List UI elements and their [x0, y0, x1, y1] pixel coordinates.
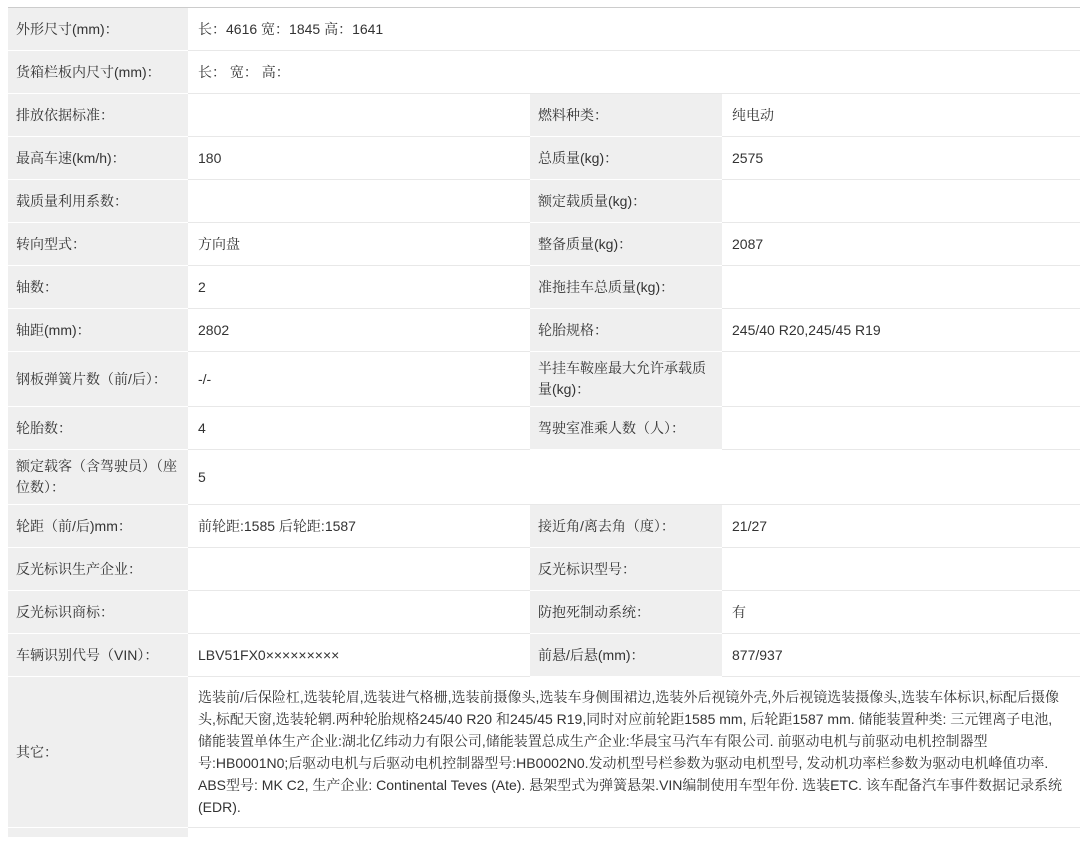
spec-label-cell: 反光标识商标： [8, 591, 188, 634]
spec-value-text: 2575 [732, 148, 763, 169]
spec-value-cell [722, 548, 1080, 591]
spec-label-cell: 防抱死制动系统： [530, 591, 722, 634]
spec-label-cell: 轮胎规格： [530, 309, 722, 352]
spec-row: 最高车速(km/h)：180总质量(kg)：2575 [8, 137, 1080, 180]
spec-value-text: 2802 [198, 320, 229, 341]
spec-value-text: LBV51FX0××××××××× [198, 645, 339, 666]
spec-label-cell: 准拖挂车总质量(kg)： [530, 266, 722, 309]
spec-row: 货箱栏板内尺寸(mm)：长： 宽： 高： [8, 51, 1080, 94]
spec-row: 载质量利用系数：额定载质量(kg)： [8, 180, 1080, 223]
spec-value-cell: 前轮距:1585 后轮距:1587 [188, 505, 530, 548]
spec-value-cell: -/- [188, 352, 530, 407]
spec-label-cell: 额定载客（含驾驶员）（座位数）： [8, 450, 188, 505]
spec-value-text: 前轮距:1585 后轮距:1587 [198, 516, 356, 537]
spec-label-cell: 钢板弹簧片数（前/后）： [8, 352, 188, 407]
spec-value-cell: 方向盘 [188, 223, 530, 266]
spec-value-cell [188, 591, 530, 634]
spec-label-text: 最高车速(km/h)： [16, 148, 126, 169]
spec-label-cell: 总质量(kg)： [530, 137, 722, 180]
spec-label-text: 接近角/离去角（度）： [538, 516, 675, 537]
spec-value-text: 方向盘 [198, 234, 240, 255]
spec-label-text: 轮胎数： [16, 418, 72, 439]
spec-label-text: 载质量利用系数： [16, 191, 128, 212]
spec-row: 额定载客（含驾驶员）（座位数）：5 [8, 450, 1080, 505]
spec-label-cell: 其它： [8, 677, 188, 828]
spec-value-cell: 5 [188, 450, 1080, 505]
spec-value-cell [722, 352, 1080, 407]
spec-value-text: 纯电动 [732, 105, 774, 126]
spec-value-text: -/- [198, 369, 211, 390]
spec-value-cell: 2087 [722, 223, 1080, 266]
spec-value-text: 180 [198, 148, 221, 169]
spec-value-text: 长：4616 宽：1845 高：1641 [198, 19, 383, 40]
spec-row: 反光标识商标：防抱死制动系统：有 [8, 591, 1080, 634]
spec-label-cell: 接近角/离去角（度）： [530, 505, 722, 548]
spec-label-cell: 反光标识型号： [530, 548, 722, 591]
spec-value-cell: 有 [722, 591, 1080, 634]
spec-label-text: 准拖挂车总质量(kg)： [538, 277, 674, 298]
spec-value-cell [722, 180, 1080, 223]
spec-row: 其它：选装前/后保险杠,选装轮眉,选装进气格栅,选装前摄像头,选装车身侧围裙边,… [8, 677, 1080, 828]
spec-row: 外形尺寸(mm)：长：4616 宽：1845 高：1641 [8, 8, 1080, 51]
spec-label-cell: 转向型式： [8, 223, 188, 266]
spec-label-cell: 车辆识别代号（VIN）： [8, 634, 188, 677]
spec-label-cell: 半挂车鞍座最大允许承载质量(kg)： [530, 352, 722, 407]
spec-label-text: 外形尺寸(mm)： [16, 19, 119, 40]
spec-label-text: 轴数： [16, 277, 58, 298]
spec-value-text: 21/27 [732, 516, 767, 537]
spec-label-text: 轮距（前/后)mm： [16, 516, 132, 537]
spec-value-cell [188, 548, 530, 591]
spec-label-text: 驾驶室准乘人数（人）： [538, 418, 685, 439]
spec-label-text: 车辆识别代号（VIN）： [16, 645, 158, 666]
spec-label-cell [8, 828, 188, 837]
spec-value-cell [722, 266, 1080, 309]
spec-label-cell: 燃料种类： [530, 94, 722, 137]
spec-value-cell: 2 [188, 266, 530, 309]
spec-label-cell: 外形尺寸(mm)： [8, 8, 188, 51]
spec-value-text: 2 [198, 277, 206, 298]
spec-value-cell [188, 94, 530, 137]
spec-value-cell [722, 407, 1080, 450]
spec-label-text: 额定载质量(kg)： [538, 191, 646, 212]
spec-value-text: 有 [732, 602, 746, 623]
spec-value-cell: 纯电动 [722, 94, 1080, 137]
spec-label-cell: 载质量利用系数： [8, 180, 188, 223]
spec-label-text: 反光标识生产企业： [16, 559, 142, 580]
spec-label-cell: 驾驶室准乘人数（人）： [530, 407, 722, 450]
spec-value-cell [188, 180, 530, 223]
spec-label-text: 总质量(kg)： [538, 148, 618, 169]
spec-label-cell: 排放依据标准： [8, 94, 188, 137]
spec-row: 轴距(mm)：2802轮胎规格：245/40 R20,245/45 R19 [8, 309, 1080, 352]
spec-value-cell: 2575 [722, 137, 1080, 180]
spec-row: 车辆识别代号（VIN）：LBV51FX0×××××××××前悬/后悬(mm)：8… [8, 634, 1080, 677]
spec-value-cell: 180 [188, 137, 530, 180]
spec-label-text: 转向型式： [16, 234, 86, 255]
spec-label-cell: 轴距(mm)： [8, 309, 188, 352]
spec-row: 转向型式：方向盘整备质量(kg)：2087 [8, 223, 1080, 266]
spec-row: 钢板弹簧片数（前/后）：-/-半挂车鞍座最大允许承载质量(kg)： [8, 352, 1080, 407]
spec-label-text: 货箱栏板内尺寸(mm)： [16, 62, 161, 83]
spec-value-cell: 选装前/后保险杠,选装轮眉,选装进气格栅,选装前摄像头,选装车身侧围裙边,选装外… [188, 677, 1080, 828]
spec-value-cell: LBV51FX0××××××××× [188, 634, 530, 677]
spec-label-text: 轮胎规格： [538, 320, 608, 341]
spec-row: 轮距（前/后)mm：前轮距:1585 后轮距:1587接近角/离去角（度）：21… [8, 505, 1080, 548]
spec-row: 反光标识生产企业：反光标识型号： [8, 548, 1080, 591]
spec-label-cell: 整备质量(kg)： [530, 223, 722, 266]
spec-value-text: 245/40 R20,245/45 R19 [732, 320, 881, 341]
spec-label-cell: 前悬/后悬(mm)： [530, 634, 722, 677]
spec-label-cell: 轮距（前/后)mm： [8, 505, 188, 548]
spec-value-cell: 长： 宽： 高： [188, 51, 1080, 94]
spec-row [8, 828, 1080, 837]
spec-value-text: 5 [198, 467, 206, 488]
spec-value-text: 长： 宽： 高： [198, 62, 290, 83]
spec-value-cell: 长：4616 宽：1845 高：1641 [188, 8, 1080, 51]
spec-label-cell: 轮胎数： [8, 407, 188, 450]
spec-label-text: 钢板弹簧片数（前/后）： [16, 369, 167, 390]
spec-row: 轴数：2准拖挂车总质量(kg)： [8, 266, 1080, 309]
spec-value-text: 选装前/后保险杠,选装轮眉,选装进气格栅,选装前摄像头,选装车身侧围裙边,选装外… [198, 686, 1070, 818]
spec-value-text: 4 [198, 418, 206, 439]
spec-value-cell: 4 [188, 407, 530, 450]
vehicle-spec-table: 外形尺寸(mm)：长：4616 宽：1845 高：1641货箱栏板内尺寸(mm)… [8, 7, 1080, 837]
spec-label-text: 燃料种类： [538, 105, 608, 126]
spec-value-text: 2087 [732, 234, 763, 255]
spec-label-cell: 轴数： [8, 266, 188, 309]
spec-label-cell: 货箱栏板内尺寸(mm)： [8, 51, 188, 94]
spec-value-text: 877/937 [732, 645, 783, 666]
spec-label-text: 排放依据标准： [16, 105, 114, 126]
spec-label-text: 其它： [16, 742, 58, 763]
spec-label-cell: 反光标识生产企业： [8, 548, 188, 591]
spec-label-text: 反光标识商标： [16, 602, 114, 623]
spec-value-cell: 2802 [188, 309, 530, 352]
spec-label-text: 反光标识型号： [538, 559, 636, 580]
spec-label-text: 额定载客（含驾驶员）（座位数）： [16, 456, 182, 498]
spec-value-cell [188, 828, 1080, 837]
spec-label-cell: 额定载质量(kg)： [530, 180, 722, 223]
spec-label-text: 前悬/后悬(mm)： [538, 645, 645, 666]
spec-label-text: 防抱死制动系统： [538, 602, 650, 623]
spec-value-cell: 21/27 [722, 505, 1080, 548]
spec-label-text: 轴距(mm)： [16, 320, 91, 341]
spec-value-cell: 245/40 R20,245/45 R19 [722, 309, 1080, 352]
spec-label-text: 半挂车鞍座最大允许承载质量(kg)： [538, 358, 716, 400]
spec-label-text: 整备质量(kg)： [538, 234, 632, 255]
spec-row: 轮胎数：4驾驶室准乘人数（人）： [8, 407, 1080, 450]
spec-row: 排放依据标准：燃料种类：纯电动 [8, 94, 1080, 137]
spec-value-cell: 877/937 [722, 634, 1080, 677]
spec-label-cell: 最高车速(km/h)： [8, 137, 188, 180]
